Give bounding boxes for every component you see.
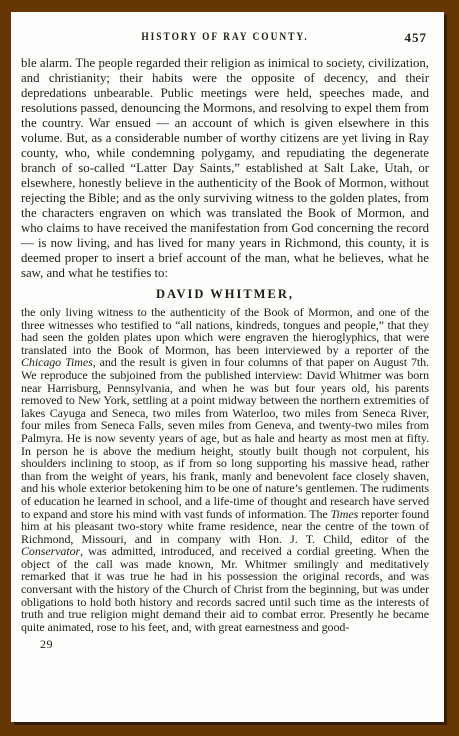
paragraph-mormon-war: ble alarm. The people regarded their rel… — [21, 56, 429, 281]
section-heading: DAVID WHITMER, — [21, 287, 429, 302]
page-header: HISTORY OF RAY COUNTY. 457 — [21, 31, 429, 47]
running-title: HISTORY OF RAY COUNTY. — [58, 31, 393, 43]
book-page: HISTORY OF RAY COUNTY. 457 ble alarm. Th… — [11, 12, 444, 722]
page-number: 457 — [405, 30, 428, 46]
paragraph-whitmer-interview: the only living witness to the authentic… — [21, 306, 429, 633]
signature-mark: 29 — [21, 637, 429, 652]
body-text: ble alarm. The people regarded their rel… — [21, 56, 429, 652]
